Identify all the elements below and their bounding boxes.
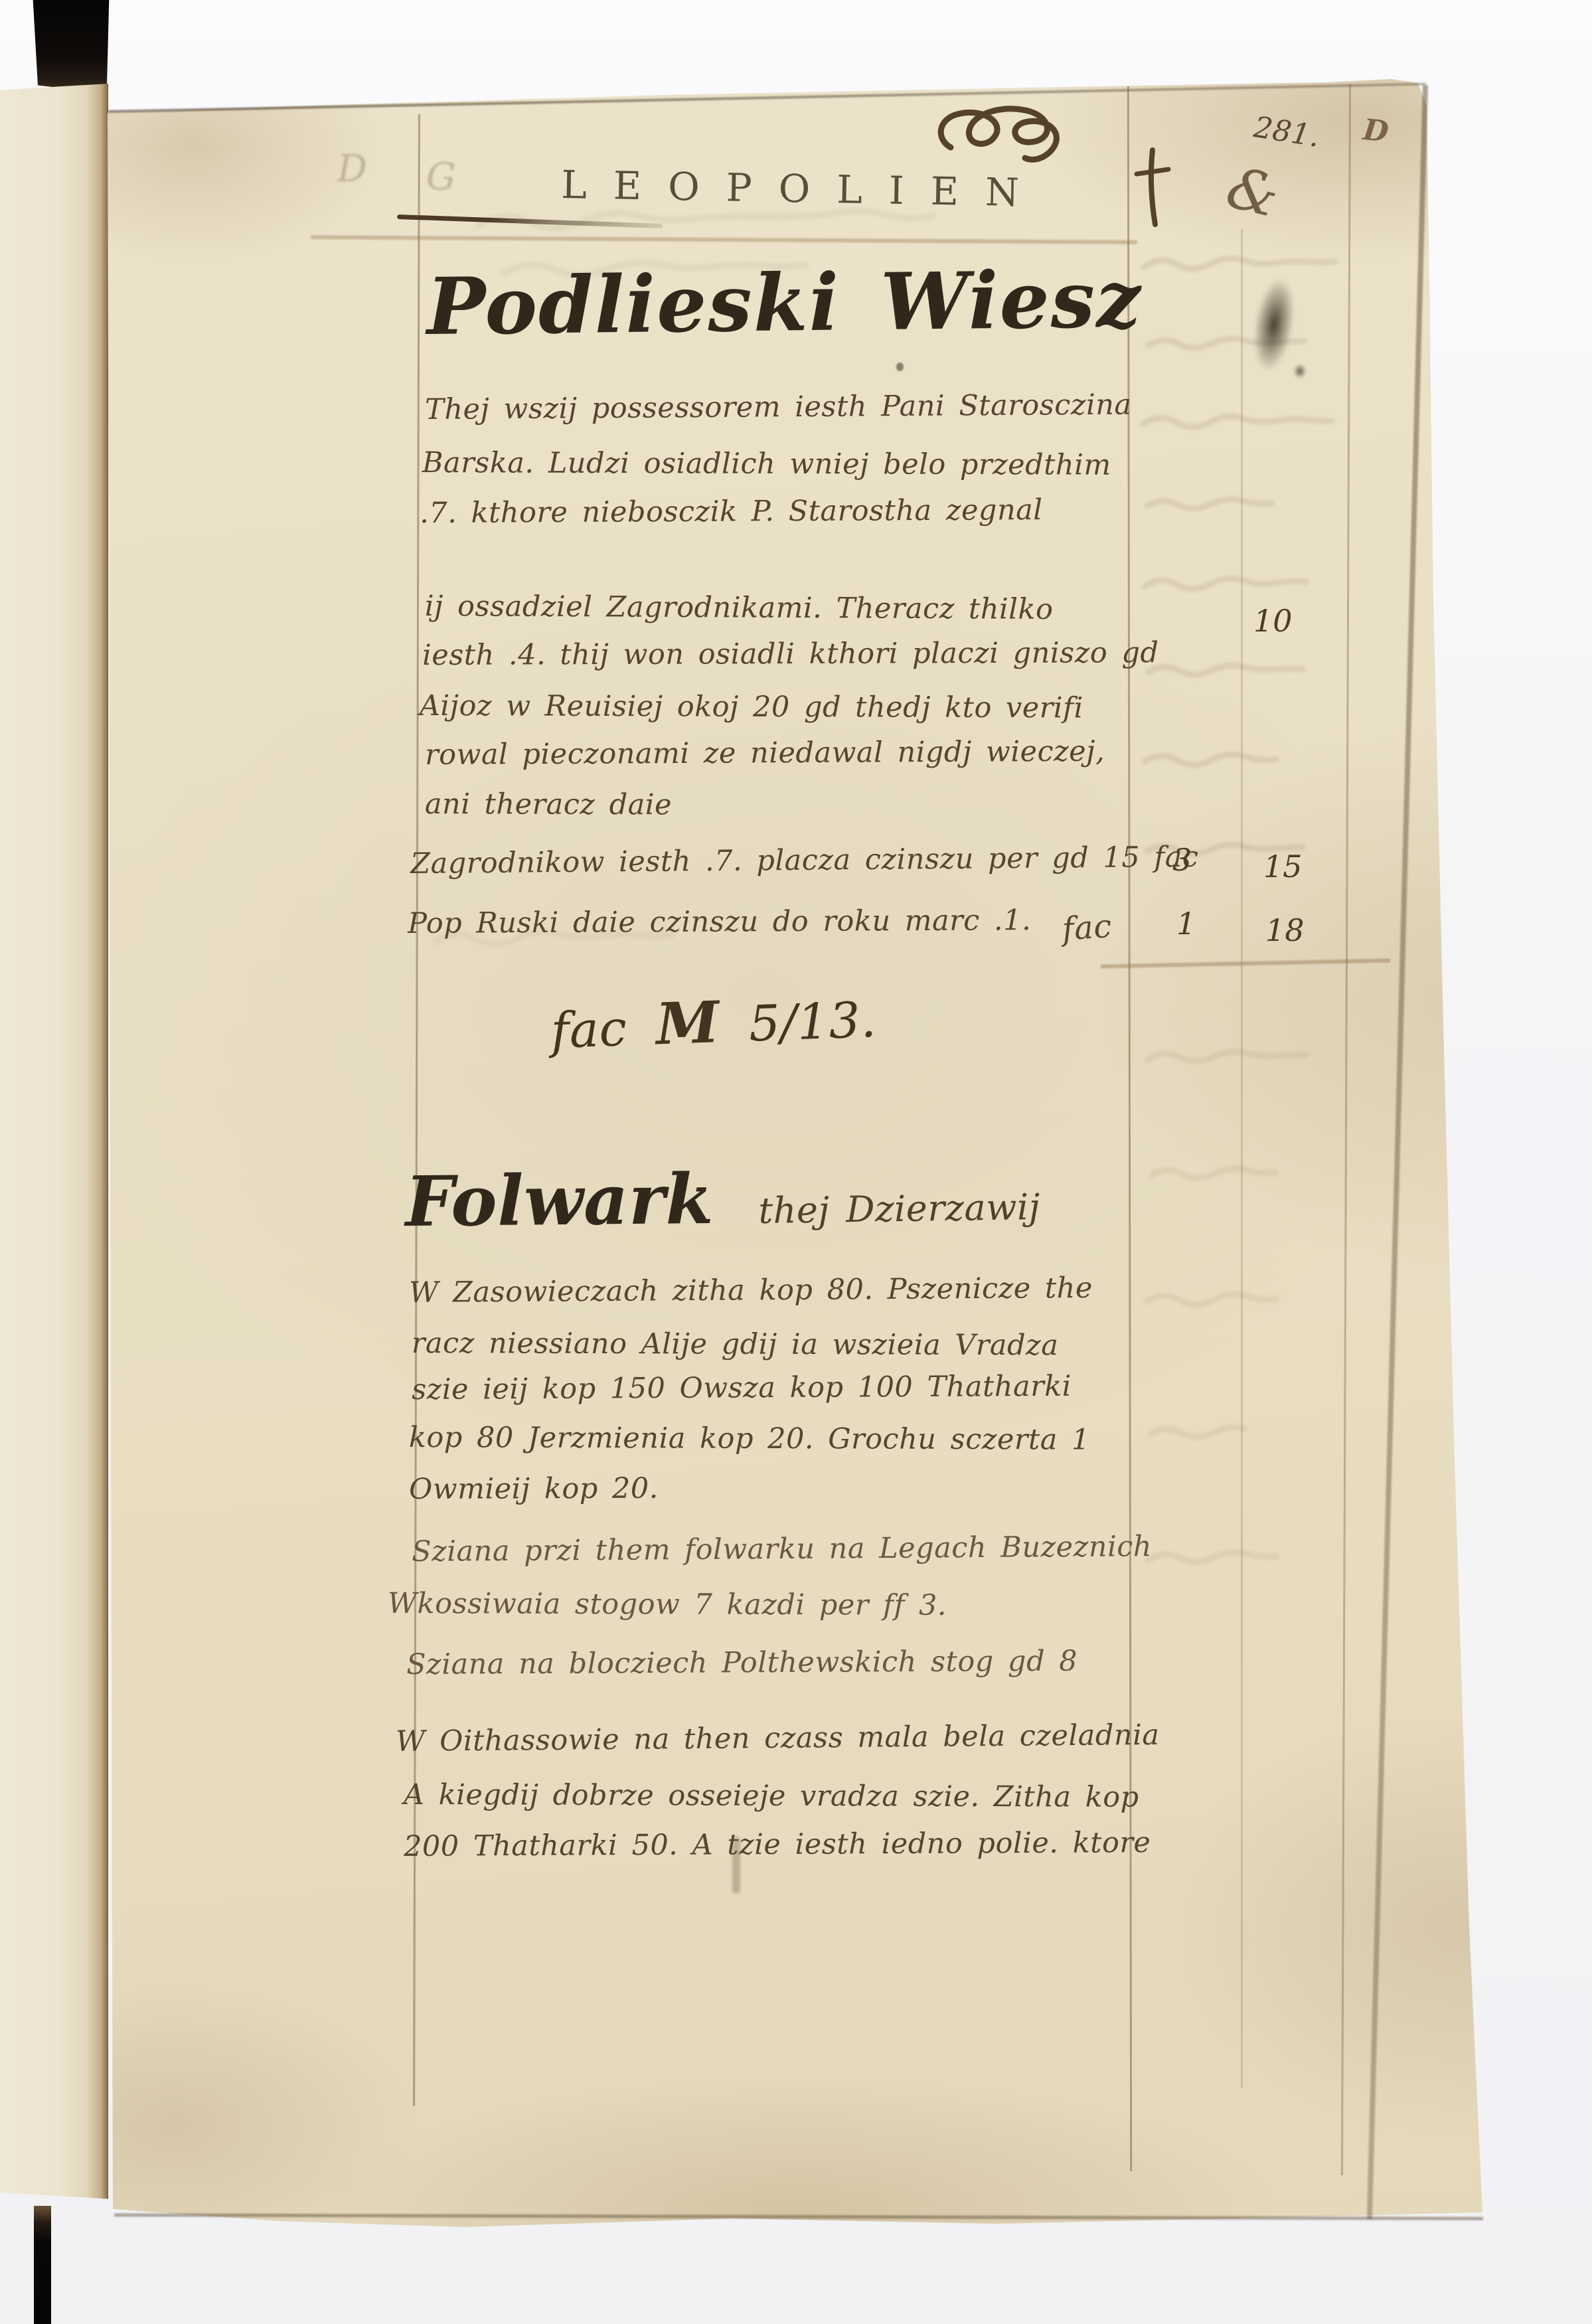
intro-line: rowal pieczonami ze niedawal nigdj wiecz… xyxy=(425,735,1105,772)
summary-total: fac M 5/13. xyxy=(550,983,878,1062)
ledger-col1-value: 3 xyxy=(1172,842,1192,878)
ledger-col1-value: 1 xyxy=(1176,906,1196,942)
adjacent-page-gutter xyxy=(0,84,108,2203)
margin-amount: 10 xyxy=(1253,603,1293,639)
intro-line: .7. kthore niebosczik P. Starostha zegna… xyxy=(420,493,1043,530)
summary-fac-label: fac xyxy=(550,1000,627,1060)
inner-amount-rule xyxy=(1241,229,1243,2088)
marc-mark: M xyxy=(655,989,720,1058)
hay-line: Wkossiwaia stogow 7 kazdi per ff 3. xyxy=(388,1587,947,1622)
ink-speck xyxy=(896,363,904,371)
intro-line: Barska. Ludzi osiadlich wniej belo przed… xyxy=(422,446,1111,482)
intro-line: ani theracz daie xyxy=(425,788,672,821)
village-title: Podlieski Wiesz xyxy=(426,253,1143,353)
sowing-line: kop 80 Jerzmienia kop 20. Grochu sczerta… xyxy=(409,1421,1090,1457)
ledger-row-text: Pop Ruski daie czinszu do roku marc .1. xyxy=(408,904,1031,940)
page-edge-letter: D xyxy=(1362,113,1391,149)
summary-value: 5/13. xyxy=(748,991,877,1053)
intro-line: Thej wszij possessorem iesth Pani Staros… xyxy=(425,388,1132,426)
ledger-col2-value: 18 xyxy=(1265,912,1305,948)
intro-line: ij ossadziel Zagrodnikami. Theracz thilk… xyxy=(425,590,1054,626)
sowing-line: W Zasowieczach zitha kop 80. Pszenicze t… xyxy=(409,1272,1093,1309)
bookmark-ribbon-bottom xyxy=(34,2206,51,2324)
sowing-line: Owmieij kop 20. xyxy=(409,1472,659,1506)
ghost-letter-d: D xyxy=(337,147,367,191)
czassow-line: 200 Thatharki 50. A tzie iesth iedno pol… xyxy=(404,1826,1151,1863)
ledger-row-text: Zagrodnikow iesth .7. placza czinszu per… xyxy=(410,841,1199,880)
bleed-through-right-column xyxy=(1137,247,1356,924)
ghost-letter-g: G xyxy=(426,155,456,199)
section-heading-folwark: Folwark xyxy=(405,1158,714,1242)
intro-line: iesth .4. thij won osiadli kthori placzi… xyxy=(422,636,1159,672)
ink-smudge-small xyxy=(1293,364,1307,378)
czassow-line: W Oithassowie na then czass mala bela cz… xyxy=(396,1718,1160,1758)
manuscript-scan: D G LEOPOLIEN & 281. D Podlieski Wiesz T… xyxy=(0,0,1592,2324)
hay-meadow-line: Sziana na blocziech Polthewskich stog gd… xyxy=(406,1645,1077,1681)
cross-paraph-icon xyxy=(1133,147,1172,228)
ledger-fac-label: fac xyxy=(1061,908,1113,948)
bookmark-ribbon-top xyxy=(31,0,112,97)
sowing-line: racz niessiano Alije gdij ia wszieia Vra… xyxy=(412,1327,1059,1362)
sowing-line: szie ieij kop 150 Owsza kop 100 Thathark… xyxy=(412,1370,1072,1406)
section-heading-suffix: thej Dzierzawij xyxy=(758,1186,1040,1232)
hay-line: Sziana przi them folwarku na Legach Buze… xyxy=(412,1530,1152,1568)
ledger-col2-value: 15 xyxy=(1263,849,1303,884)
bleed-through-lower-column xyxy=(1139,1036,1351,1633)
intro-line: Aijoz w Reuisiej okoj 20 gd thedj kto ve… xyxy=(420,689,1083,724)
czassow-line: A kiegdij dobrze osseieje vradza szie. Z… xyxy=(404,1778,1139,1814)
flourish-knot-icon xyxy=(931,100,1083,173)
